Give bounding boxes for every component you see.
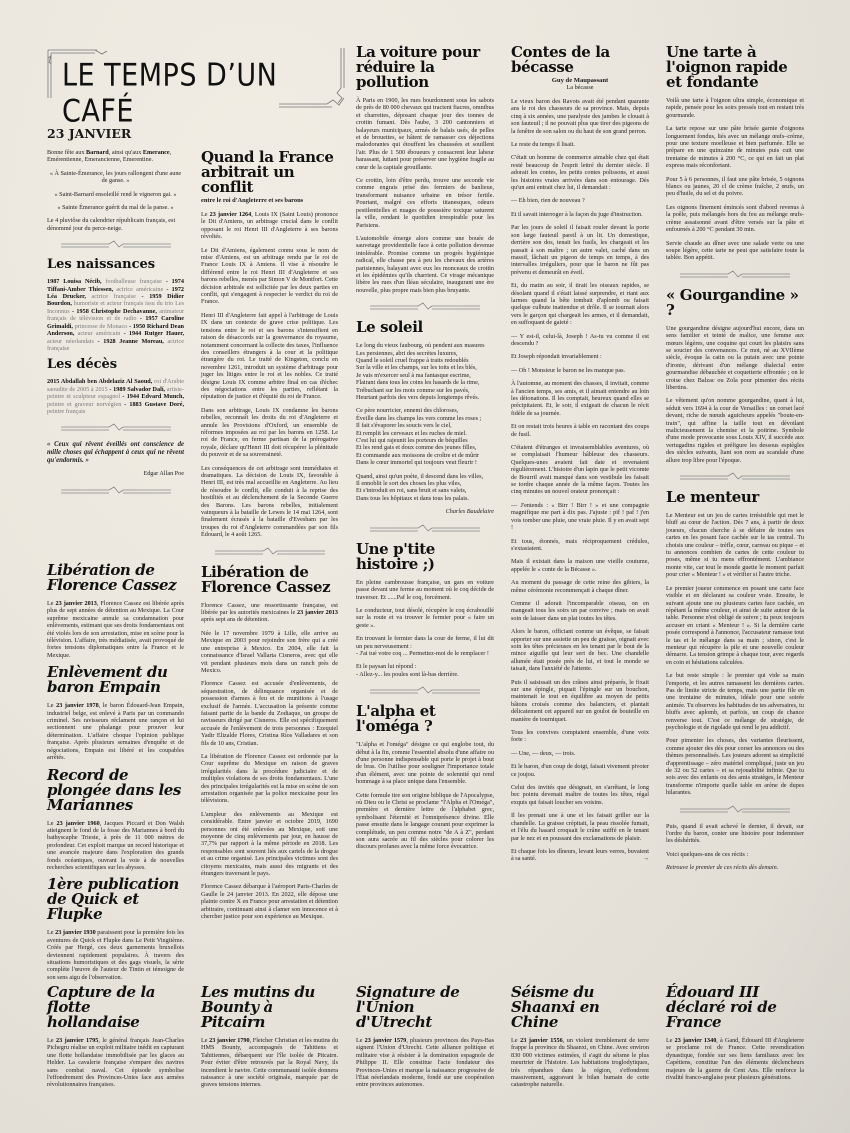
column-2: Quand la France arbitrait un conflit ent… [201, 150, 338, 927]
histoire-p2: Le conducteur, tout désolé, récupère le … [356, 607, 494, 629]
becasse-paragraph: — Y est-il, celui-là, Joseph ! As-tu vu … [511, 333, 649, 348]
tarte-p5: Servie chaude au dîner avec une salade v… [666, 240, 804, 262]
soleil-stanza-2: Ce père nourricier, ennemi des chloroses… [356, 407, 494, 466]
gourgandine-p1: Une gourgandine désigne aujourd'hui enco… [666, 325, 804, 392]
fete-text: Bonne fête aux Barnard, ainsi qu'aux Eme… [47, 149, 184, 164]
tarte-p3: Pour 5 à 6 personnes, il faut une pâte b… [666, 176, 804, 198]
becasse-body: Le vieux baron des Ravots avait été pend… [511, 98, 649, 842]
masthead: LE TEMPS D’UN CAFÉ [47, 48, 347, 104]
bottom-text: Le 23 janvier 1340, à Gand, Édouard III … [666, 1037, 804, 1081]
becasse-paragraph: Puis il saisissait un des crânes ainsi p… [511, 679, 649, 723]
list-item-desc: peintre et graveur norvégien [47, 401, 121, 408]
becasse-paragraph: C'étaient d'étranges et invraisemblables… [511, 444, 649, 496]
bottom-text: Le 23 janvier 1556, un violent trembleme… [511, 1037, 649, 1089]
becasse-last: Et chaque fois les dîneurs, levant leurs… [511, 848, 649, 863]
soleil-heading: Le soleil [356, 320, 494, 335]
list-item-desc: princesse de Monaco [73, 323, 127, 330]
menteur-p2: Le premier joueur commence en posant une… [666, 585, 804, 666]
becasse-paragraph: Mais il existait dans la maison une viei… [511, 558, 649, 573]
quick-text: Le 23 janvier 1930 paraissent pour la pr… [47, 929, 184, 981]
ornament-divider [680, 270, 790, 280]
bottom-text: Le 23 janvier 1579, plusieurs provinces … [356, 1037, 494, 1089]
suite-p3: Retrouve le premier de ces récits dès de… [666, 864, 804, 871]
column-5: Une tarte à l'oignon rapide et fondante … [666, 45, 804, 878]
becasse-paragraph: Le vieux baron des Ravots avait été pend… [511, 98, 649, 135]
menteur-p3: Le but reste simple : le premier qui vid… [666, 672, 804, 731]
soleil-stanza-1: Le long du vieux faubourg, où pendent au… [356, 342, 494, 401]
voiture-p2: Ce crottin, loin d'être perdu, trouve un… [356, 177, 494, 229]
becasse-paragraph: Celui des invités que désignait, en s'ar… [511, 784, 649, 806]
voiture-p1: À Paris en 1900, les rues bourdonnent so… [356, 97, 494, 171]
cassez2-heading: Libération de Florence Cassez [201, 565, 338, 595]
ornament-divider [61, 486, 171, 496]
list-item-name: - 1944 Edvard Munch, [120, 393, 184, 400]
ornament-divider [370, 302, 480, 312]
bottom-article-3: Signature de l'Union d'Utrecht Le 23 jan… [356, 985, 494, 1095]
tarte-p4: Les oignons finement émincés sont d'abor… [666, 204, 804, 234]
becasse-paragraph: Et, du matin au soir, il tirait les oise… [511, 282, 649, 326]
plongee-text: Le 23 janvier 1960, Jacques Piccard et D… [47, 820, 184, 872]
bottom-heading: Capture de la flotte hollandaise [47, 985, 184, 1030]
quote-text: « Ceux qui rêvent éveillés ont conscienc… [47, 441, 184, 464]
histoire-heading: Une p'tite histoire ;) [356, 542, 494, 572]
bottom-heading: Séisme du Shaanxi en Chine [511, 985, 649, 1030]
menteur-p1: Le Menteur est un jeu de cartes irrésist… [666, 512, 804, 579]
gourgandine-p2: Le vêtement qu'on nomme gourgandine, qua… [666, 397, 804, 464]
tarte-p2: La tarte repose sur une pâte brisée garn… [666, 125, 804, 169]
becasse-paragraph: Alors le baron, officiant comme un évêqu… [511, 628, 649, 672]
column-1: 23 JANVIER Bonne fête aux Barnard, ainsi… [47, 126, 184, 504]
becasse-heading: Contes de la bécasse [511, 45, 649, 75]
ornament-divider [370, 524, 480, 534]
becasse-paragraph: Comme il adorait l'incomparable oiseau, … [511, 600, 649, 622]
histoire-p3: En trouvant le fermier dans la cour de f… [356, 635, 494, 657]
empain-text: Le 23 janvier 1978, le baron Édouard-Jea… [47, 702, 184, 761]
newspaper-page: LE TEMPS D’UN CAFÉ 23 JANVIER Bonne fête… [0, 0, 850, 1133]
list-item-name: - 1944 Rutger Hauer, [120, 330, 184, 337]
ornament-divider [61, 423, 171, 433]
soleil-author: Charles Baudelaire [356, 508, 494, 515]
naissances-heading: Les naissances [47, 258, 184, 272]
cassez-heading: Libération de Florence Cassez [47, 563, 184, 593]
arbitrage-heading: Quand la France arbitrait un conflit [201, 150, 338, 195]
naissances-list: 1987 Louisa Nécib, footballeuse français… [47, 278, 184, 352]
histoire-p1: En pleine cambrousse française, un gars … [356, 579, 494, 601]
cassez2-p3: Florence Cassez est accusée d'enlèvement… [201, 680, 338, 747]
dicton-2: « Saint-Barnard ensoleillé rend le vigne… [47, 191, 184, 198]
deces-heading: Les décès [47, 358, 184, 372]
cassez-text: Le 23 janvier 2013, Florence Cassez est … [47, 600, 184, 659]
becasse-paragraph: Et le baron, d'un coup de doigt, faisait… [511, 763, 649, 778]
becasse-paragraph: À l'automne, au moment des chasses, il i… [511, 380, 649, 417]
becasse-paragraph: Au moment du passage de cette reine des … [511, 579, 649, 594]
list-item-desc: acteur américain [74, 330, 120, 337]
bottom-article-4: Séisme du Shaanxi en Chine Le 23 janvier… [511, 985, 649, 1095]
becasse-paragraph: — Une, — deux, — trois. [511, 750, 649, 757]
soleil-stanza-3: Quand, ainsi qu'un poète, il descend dan… [356, 473, 494, 503]
bottom-article-1: Capture de la flotte hollandaise Le 23 j… [47, 985, 184, 1095]
becasse-paragraph: Et Joseph répondait invariablement : [511, 353, 649, 360]
tarte-heading: Une tarte à l'oignon rapide et fondante [666, 45, 804, 90]
becasse-paragraph: — Eh bien, rien de nouveau ? [511, 197, 649, 204]
alpha-p2: Cette formule tire son origine biblique … [356, 792, 494, 851]
cassez2-p6: Florence Cassez débarque à l'aéroport Pa… [201, 883, 338, 920]
menteur-heading: Le menteur [666, 490, 804, 505]
empain-heading: Enlèvement du baron Empain [47, 665, 184, 695]
becasse-paragraph: Et il savait interroger à la façon du ju… [511, 211, 649, 218]
bottom-article-5: Édouard III déclaré roi de France Le 23 … [666, 985, 804, 1087]
becasse-paragraph: — J'entends : « Birr ! Birr ! » et une c… [511, 502, 649, 532]
becasse-paragraph: Et on restait trois heures à table en ra… [511, 423, 649, 438]
arbitrage-subtitle: entre le roi d'Angleterre et ses barons [201, 197, 338, 204]
list-item-desc: footballeuse française [102, 278, 162, 285]
gourgandine-heading: « Gourgandine » ? [666, 288, 804, 318]
quick-heading: 1ère publication de Quick et Flupke [47, 877, 184, 922]
list-item-name: 1987 Louisa Nécib, [47, 278, 102, 285]
voiture-heading: La voiture pour réduire la pollution [356, 45, 494, 90]
list-item-name: - 1958 Christophe Dechavanne, [70, 308, 157, 315]
list-item-name: - 1989 Salvador Dalí, [108, 386, 165, 393]
bottom-heading: Les mutins du Bounty à Pitcairn [201, 985, 338, 1030]
arbitrage-p5: Les conséquences de cet arbitrage sont i… [201, 465, 338, 539]
list-item-name: - 1883 Gustave Doré, [121, 401, 184, 408]
date-heading: 23 JANVIER [47, 126, 184, 141]
alpha-p1: "L'alpha et l'oméga" désigne ce qui engl… [356, 741, 494, 785]
republicain-text: Le 4 pluviôse du calendrier républicain … [47, 217, 184, 232]
list-item-desc: acteur néerlandais [47, 338, 94, 345]
cassez2-p1: Florence Cassez, une ressortissante fran… [201, 602, 338, 624]
column-1-events: Libération de Florence Cassez Le 23 janv… [47, 563, 184, 987]
alpha-heading: L'alpha et l'oméga ? [356, 704, 494, 734]
dicton-1: « À Sainte-Émerance, les jours rallongen… [47, 170, 184, 185]
ornament-divider [680, 472, 790, 482]
cassez2-p5: L'ampleur des enlèvements au Mexique est… [201, 811, 338, 878]
ornament-divider [61, 240, 171, 250]
bottom-article-2: Les mutins du Bounty à Pitcairn Le 23 ja… [201, 985, 338, 1095]
becasse-paragraph: — Oh ! Monsieur le baron ne les manque p… [511, 367, 649, 374]
becasse-author: Guy de Maupassant [511, 77, 649, 84]
suite-p1: Puis, quand il avait achevé le dernier, … [666, 823, 804, 845]
arbitrage-p3: Henri III d'Angleterre fait appel à l'ar… [201, 312, 338, 401]
continue-arrow-icon: → [643, 855, 649, 862]
ornament-divider [680, 805, 790, 815]
list-item-name: - 1928 Jeanne Moreau, [94, 338, 164, 345]
ornament-divider [215, 547, 325, 557]
list-item-desc: actrice américaine [113, 286, 163, 293]
becasse-subtitle: La bécasse [511, 84, 649, 91]
list-item-desc: actrice française [86, 293, 136, 300]
plongee-heading: Record de plongée dans les Mariannes [47, 768, 184, 813]
deces-list: 2015 Abdallah ben Abdelaziz Al Saoud, ro… [47, 378, 184, 415]
becasse-paragraph: Par les jours de soleil il faisait roule… [511, 224, 649, 276]
becasse-paragraph: Et tous, étonnés, mais réciproquement cr… [511, 538, 649, 553]
dicton-3: « Sainte Émerance guérit du mal de la pa… [47, 204, 184, 211]
bottom-text: Le 23 janvier 1790, Fletcher Christian e… [201, 1037, 338, 1089]
masthead-title: LE TEMPS D’UN CAFÉ [62, 58, 347, 129]
list-item-name: 2015 Abdallah ben Abdelaziz Al Saoud, [47, 378, 152, 385]
voiture-p3: L'automobile émerge alors comme une boué… [356, 235, 494, 294]
arbitrage-p4: Dans son arbitrage, Louis IX condamne le… [201, 407, 338, 459]
tarte-p1: Voilà une tarte à l'oignon ultra simple,… [666, 97, 804, 119]
bottom-text: Le 23 janvier 1795, le général français … [47, 1037, 184, 1089]
menteur-p4: Pour pimenter les choses, des variantes … [666, 737, 804, 796]
quote-author: Edgar Allan Poe [47, 470, 184, 477]
becasse-paragraph: Le reste du temps il lisait. [511, 141, 649, 148]
becasse-paragraph: Il les prenait une à une et les faisait … [511, 812, 649, 842]
cassez2-p4: La libération de Florence Cassez est ord… [201, 753, 338, 805]
column-4: Contes de la bécasse Guy de Maupassant L… [511, 45, 649, 869]
suite-p2: Voici quelques-uns de ces récits : [666, 851, 804, 858]
column-3: La voiture pour réduire la pollution À P… [356, 45, 494, 857]
histoire-p4: Et le paysan lui répond : - Allez-y... l… [356, 663, 494, 678]
becasse-paragraph: Tous les convives comptaient ensemble, d… [511, 729, 649, 744]
bottom-heading: Édouard III déclaré roi de France [666, 985, 804, 1030]
cassez2-p2: Née le 17 novembre 1979 à Lille, elle ar… [201, 630, 338, 674]
bottom-heading: Signature de l'Union d'Utrecht [356, 985, 494, 1030]
list-item-desc: peintre français [47, 408, 85, 415]
arbitrage-p2: Le Dit d'Amiens, également connu sous le… [201, 247, 338, 306]
becasse-paragraph: C'était un homme de commerce aimable che… [511, 154, 649, 191]
arbitrage-p1: Le 23 janvier 1264, Louis IX (Saint Loui… [201, 211, 338, 241]
ornament-divider [370, 686, 480, 696]
